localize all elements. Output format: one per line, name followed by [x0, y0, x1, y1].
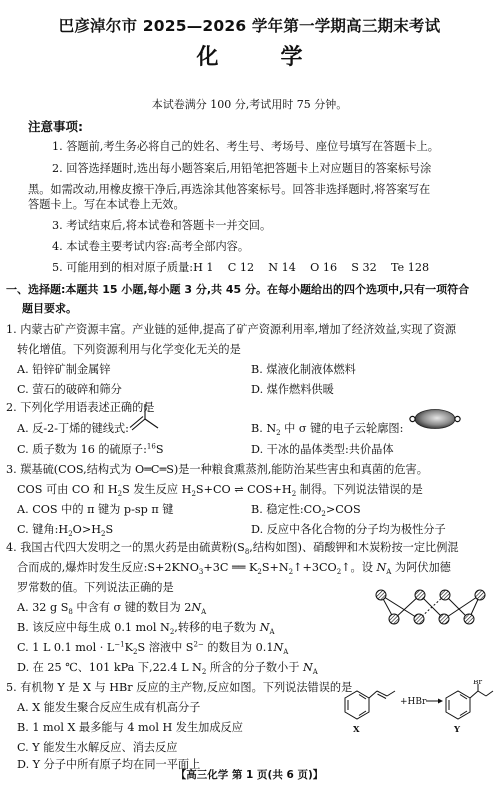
question-5-stem: 5. 有机物 Y 是 X 与 HBr 反应的主产物,反应如图。下列说法错误的是: [6, 679, 352, 695]
benzene-ring-x-icon: [345, 691, 395, 719]
question-3-stem: 3. 羰基硫(COS,结构式为 O═C═S)是一种粮食熏蒸剂,能防治某些害虫和真…: [6, 461, 428, 477]
notice-item-2-cont2: 答题卡上。写在本试卷上无效。: [28, 196, 185, 212]
notice-item-4: 4. 本试卷主要考试内容:高考全部内容。: [52, 238, 249, 254]
q4-option-c: C. 1 L 0.1 mol · L−1K2S 溶液中 S2− 的数目为 0.1…: [17, 639, 288, 655]
label-y: Y: [453, 725, 461, 735]
q3-option-c: C. 键角:H2O>H2S: [17, 521, 113, 537]
q5-option-c: C. Y 能发生水解反应、消去反应: [17, 739, 177, 755]
notice-item-2-cont: 黑。如需改动,用橡皮擦干净后,再选涂其他答案标号。回答非选择题时,将答案写在: [28, 181, 430, 197]
question-1-stem: 1. 内蒙古矿产资源丰富。产业链的延伸,提高了矿产资源利用率,增加了经济效益,实…: [6, 321, 456, 337]
question-4-stem: 4. 我国古代四大发明之一的黑火药是由硫黄粉(S8,结构如图)、硝酸钾和木炭粉按…: [6, 539, 459, 555]
label-x: X: [353, 725, 360, 735]
q2-option-c: C. 质子数为 16 的硫原子:16S: [17, 441, 164, 457]
question-1-stem-cont: 转化增值。下列资源利用与化学变化无关的是: [17, 341, 241, 357]
q2-option-d: D. 干冰的晶体类型:共价晶体: [251, 441, 394, 457]
q1-option-a: A. 铅锌矿制金属锌: [17, 361, 111, 377]
notice-item-3: 3. 考试结束后,将本试卷和答题卡一并交回。: [52, 217, 271, 233]
subject-char-2: 学: [281, 40, 303, 71]
notice-item-5: 5. 可能用到的相对原子质量:H 1 C 12 N 14 O 16 S 32 T…: [52, 259, 429, 275]
trans-2-butene-skeletal-icon: [128, 402, 164, 436]
exam-title: 巴彦淖尔市 2025—2026 学年第一学期高三期末考试: [0, 14, 499, 36]
reaction-scheme-figure: X +HBr Br Y: [330, 680, 495, 742]
subject-title: 化学: [0, 40, 499, 71]
q3-option-a: A. COS 中的 π 键为 p-sp π 键: [17, 501, 173, 517]
notice-item-1: 1. 答题前,考生务必将自己的姓名、考生号、考场号、座位号填写在答题卡上。: [52, 138, 439, 154]
q2-option-a: A. 反-2-丁烯的键线式:: [17, 420, 129, 436]
subject-char-1: 化: [196, 40, 218, 71]
section-heading-cont: 题目要求。: [22, 300, 77, 316]
q5-option-a: A. X 能发生聚合反应生成有机高分子: [17, 699, 200, 715]
question-4-stem-cont2: 罗常数的值。下列说法正确的是: [17, 579, 174, 595]
q1-option-c: C. 萤石的破碎和筛分: [17, 381, 122, 397]
sigma-bond-electron-cloud-icon: [408, 408, 462, 430]
q5-option-b: B. 1 mol X 最多能与 4 mol H 发生加成反应: [17, 719, 243, 735]
section-heading: 一、选择题:本题共 15 小题,每小题 3 分,共 45 分。在每小题给出的四个…: [6, 281, 469, 297]
page-footer: 【高三化学 第 1 页(共 6 页)】: [0, 767, 499, 782]
notice-item-2: 2. 回答选择题时,选出每小题答案后,用铅笔把答题卡上对应题目的答案标号涂: [52, 160, 431, 176]
benzene-ring-y-icon: [446, 684, 493, 719]
notice-heading: 注意事项:: [28, 117, 83, 135]
question-4-stem-cont: 合而成的,爆炸时发生反应:S+2KNO3+3C ══ K2S+N2↑+3CO2↑…: [17, 559, 451, 575]
q4-option-a: A. 32 g S8 中含有 σ 键的数目为 2NA: [17, 599, 206, 615]
label-br: Br: [473, 680, 483, 686]
q4-option-d: D. 在 25 ℃、101 kPa 下,22.4 L N2 所含的分子数小于 N…: [17, 659, 318, 675]
question-3-stem-cont: COS 可由 CO 和 H2S 发生反应 H2S+CO ⇌ COS+H2 制得。…: [17, 481, 423, 497]
q1-option-d: D. 煤作燃料供暖: [251, 381, 334, 397]
s8-ring-structure-icon: [372, 586, 490, 628]
score-info: 本试卷满分 100 分,考试用时 75 分钟。: [0, 96, 499, 112]
q1-option-b: B. 煤液化制液体燃料: [251, 361, 356, 377]
reagent-hbr: +HBr: [400, 697, 427, 707]
q2-option-b: B. N2 中 σ 键的电子云轮廓图:: [251, 420, 403, 436]
q3-option-b: B. 稳定性:CO2>COS: [251, 501, 361, 517]
q4-option-b: B. 该反应中每生成 0.1 mol N2,转移的电子数为 NA: [17, 619, 275, 635]
q3-option-d: D. 反应中各化合物的分子均为极性分子: [251, 521, 446, 537]
